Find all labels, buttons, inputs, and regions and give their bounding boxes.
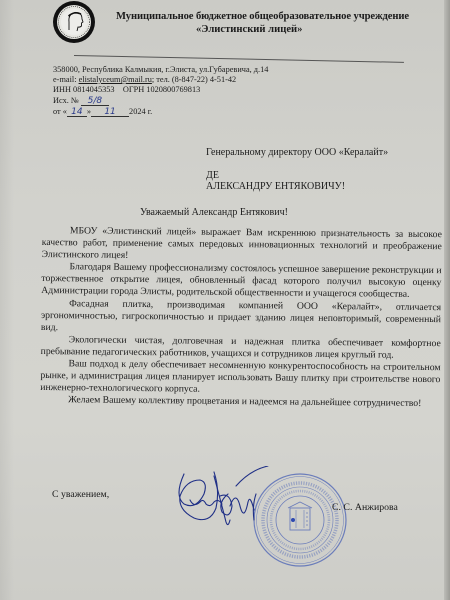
recipient-surname: ДЕ [206,170,219,181]
reference-line: Исх. № 5/8 [53,96,109,106]
page-edge-shadow [444,0,450,600]
phone-text: ; тел. (8-847-22) 4-51-42 [152,75,236,84]
lyceum-emblem-icon [52,0,96,44]
date-prefix: от « [53,107,67,116]
ref-label: Исх. № [53,96,79,105]
org-name-line2: «Элистинский лицей» [196,24,302,35]
ogrn-text: ОГРН 1020800769813 [123,85,200,94]
body-paragraph: МБОУ «Элистинский лицей» выражает Вам ис… [42,225,442,265]
body-paragraph: Фасадная плитка, производимая компанией … [41,298,441,338]
recipient-position: Генеральному директору ООО «Кералайт» [206,147,388,158]
registration-line: ИНН 0814045353 ОГРН 1020800769813 [53,85,200,95]
recipient-name: АЛЕКСАНДРУ ЕНТЯКОВИЧУ! [206,181,345,192]
ref-number: 5/8 [88,96,102,106]
contact-line: e-mail: elistalyceum@mail.ru; тел. (8-84… [53,75,236,85]
handwritten-signature-icon [170,466,270,534]
signer-name: С. С. Анжирова [332,502,398,513]
ref-number-field: 5/8 [81,96,109,106]
salutation: Уважаемый Александр Ентякович! [140,207,288,218]
email-label: e-mail: [53,75,79,84]
org-name-line1: Муниципальное бюджетное общеобразователь… [116,11,409,22]
inn-text: ИНН 0814045353 [53,85,115,94]
letter-page: Муниципальное бюджетное общеобразователь… [0,0,446,600]
closing-phrase: С уважением, [52,489,109,500]
date-line: от «14»112024 г. [53,107,152,117]
address-line: 358000, Республика Калмыкия, г.Элиста, у… [53,65,268,75]
date-year: 2024 г. [129,107,152,116]
date-month: 11 [104,107,115,117]
body-paragraph: Ваш подход к делу обеспечивает несомненн… [40,358,440,398]
date-month-field: 11 [91,107,129,117]
body-paragraph: Благодаря Вашему профессионализму состоя… [41,261,441,301]
date-day: 14 [71,107,82,117]
page-shadow [0,0,14,600]
letter-body: МБОУ «Элистинский лицей» выражает Вам ис… [40,225,442,411]
header-divider [74,55,404,63]
date-day-field: 14 [67,107,87,117]
email-link[interactable]: elistalyceum@mail.ru [79,75,152,84]
